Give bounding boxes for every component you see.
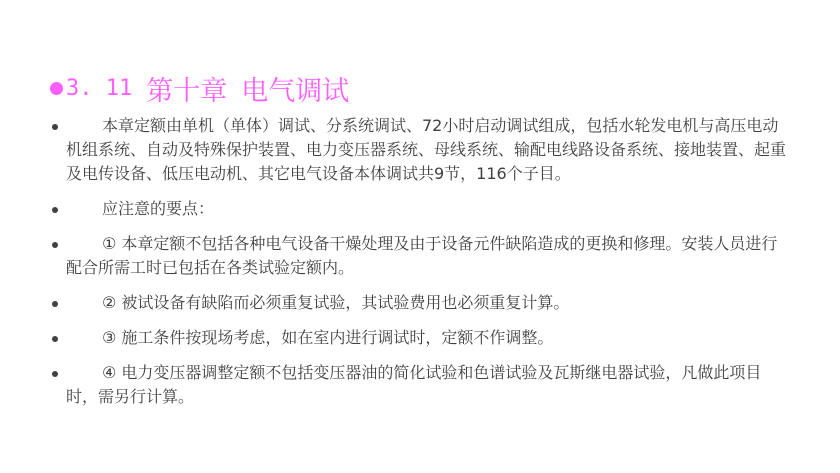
chapter-topic: 电气调试 bbox=[241, 69, 349, 108]
bullet-icon bbox=[52, 371, 58, 377]
bullet-icon bbox=[52, 242, 58, 248]
list-item: 应注意的要点： bbox=[50, 197, 790, 221]
title-bullet-icon bbox=[50, 82, 63, 95]
list-item: ② 被试设备有缺陷而必须重复试验，其试验费用也必须重复计算。 bbox=[50, 291, 790, 315]
list-item-text: ④ 电力变压器调整定额不包括变压器油的简化试验和色谱试验及瓦斯继电器试验，凡做此… bbox=[66, 361, 790, 409]
bullet-icon bbox=[52, 301, 58, 307]
list-item-text: ③ 施工条件按现场考虑，如在室内进行调试时，定额不作调整。 bbox=[66, 326, 790, 350]
list-item-text: ① 本章定额不包括各种电气设备干燥处理及由于设备元件缺陷造成的更换和修理。安装人… bbox=[66, 232, 790, 280]
section-number: 3. 11 bbox=[66, 76, 132, 101]
bullet-icon bbox=[52, 207, 58, 213]
bullet-icon bbox=[52, 336, 58, 342]
chapter-label: 第十章 bbox=[146, 69, 227, 108]
list-item-text: 应注意的要点： bbox=[66, 197, 790, 221]
bullet-icon bbox=[52, 124, 58, 130]
list-item-text: 本章定额由单机（单体）调试、分系统调试、72小时启动调试组成，包括水轮发电机与高… bbox=[66, 114, 790, 186]
slide: 3. 11 第十章 电气调试 本章定额由单机（单体）调试、分系统调试、72小时启… bbox=[0, 0, 840, 473]
slide-title: 3. 11 第十章 电气调试 bbox=[50, 70, 349, 106]
list-item-text: ② 被试设备有缺陷而必须重复试验，其试验费用也必须重复计算。 bbox=[66, 291, 790, 315]
bullet-list: 本章定额由单机（单体）调试、分系统调试、72小时启动调试组成，包括水轮发电机与高… bbox=[50, 114, 790, 420]
list-item: ④ 电力变压器调整定额不包括变压器油的简化试验和色谱试验及瓦斯继电器试验，凡做此… bbox=[50, 361, 790, 409]
list-item: ③ 施工条件按现场考虑，如在室内进行调试时，定额不作调整。 bbox=[50, 326, 790, 350]
list-item: 本章定额由单机（单体）调试、分系统调试、72小时启动调试组成，包括水轮发电机与高… bbox=[50, 114, 790, 186]
list-item: ① 本章定额不包括各种电气设备干燥处理及由于设备元件缺陷造成的更换和修理。安装人… bbox=[50, 232, 790, 280]
